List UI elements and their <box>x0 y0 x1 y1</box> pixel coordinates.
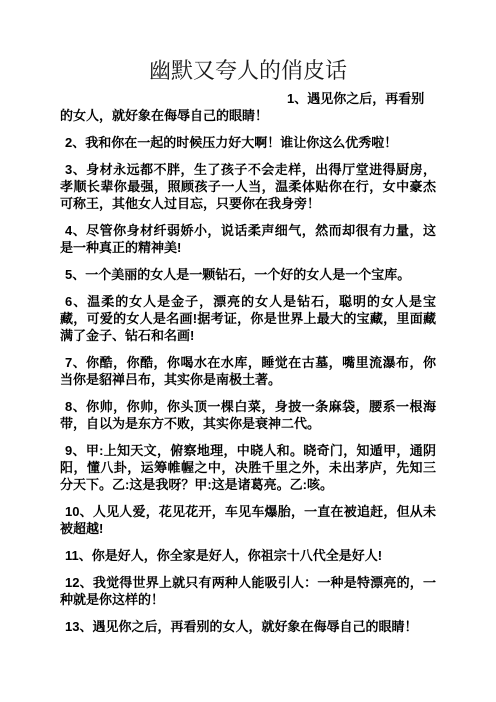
list-item-3: 3、身材永远都不胖，生了孩子不会走样，出得厅堂进得厨房，孝顺长辈你最强，照顾孩子… <box>60 161 436 212</box>
document-page: 幽默又夸人的俏皮话 1、遇见你之后，再看别的女人，就好象在侮辱自己的眼睛！ 2、… <box>0 0 496 702</box>
list-item-13: 13、遇见你之后，再看别的女人，就好象在侮辱自己的眼睛！ <box>60 618 436 635</box>
list-item-5: 5、一个美丽的女人是一颗钻石，一个好的女人是一个宝库。 <box>60 266 436 283</box>
list-item-4: 4、尽管你身材纤弱娇小，说话柔声细气，然而却很有力量，这是一种真正的精神美! <box>60 222 436 256</box>
list-item-9: 9、甲:上知天文，俯察地理，中晓人和。晓奇门，知遁甲，通阴阳，懂八卦，运筹帷幄之… <box>60 442 436 493</box>
list-item-2: 2、我和你在一起的时候压力好大啊！谁让你这么优秀啦！ <box>60 134 436 151</box>
page-title: 幽默又夸人的俏皮话 <box>60 56 436 86</box>
list-item-6: 6、温柔的女人是金子，漂亮的女人是钻石，聪明的女人是宝藏，可爱的女人是名画!据考… <box>60 293 436 344</box>
list-item-10: 10、人见人爱，花见花开，车见车爆胎，一直在被追赶，但从未被超越! <box>60 503 436 537</box>
list-item-7: 7、你酷，你酷，你喝水在水库，睡觉在古墓，嘴里流瀑布，你当你是貂禅吕布，其实你是… <box>60 354 436 388</box>
list-item-12: 12、我觉得世界上就只有两种人能吸引人：一种是特漂亮的，一种就是你这样的！ <box>60 574 436 608</box>
list-item-11: 11、你是好人，你全家是好人，你祖宗十八代全是好人! <box>60 547 436 564</box>
list-item-8: 8、你帅，你帅，你头顶一棵白菜，身披一条麻袋，腰系一根海带，自以为是东方不败，其… <box>60 398 436 432</box>
list-item-1: 1、遇见你之后，再看别的女人，就好象在侮辱自己的眼睛！ <box>60 90 436 124</box>
